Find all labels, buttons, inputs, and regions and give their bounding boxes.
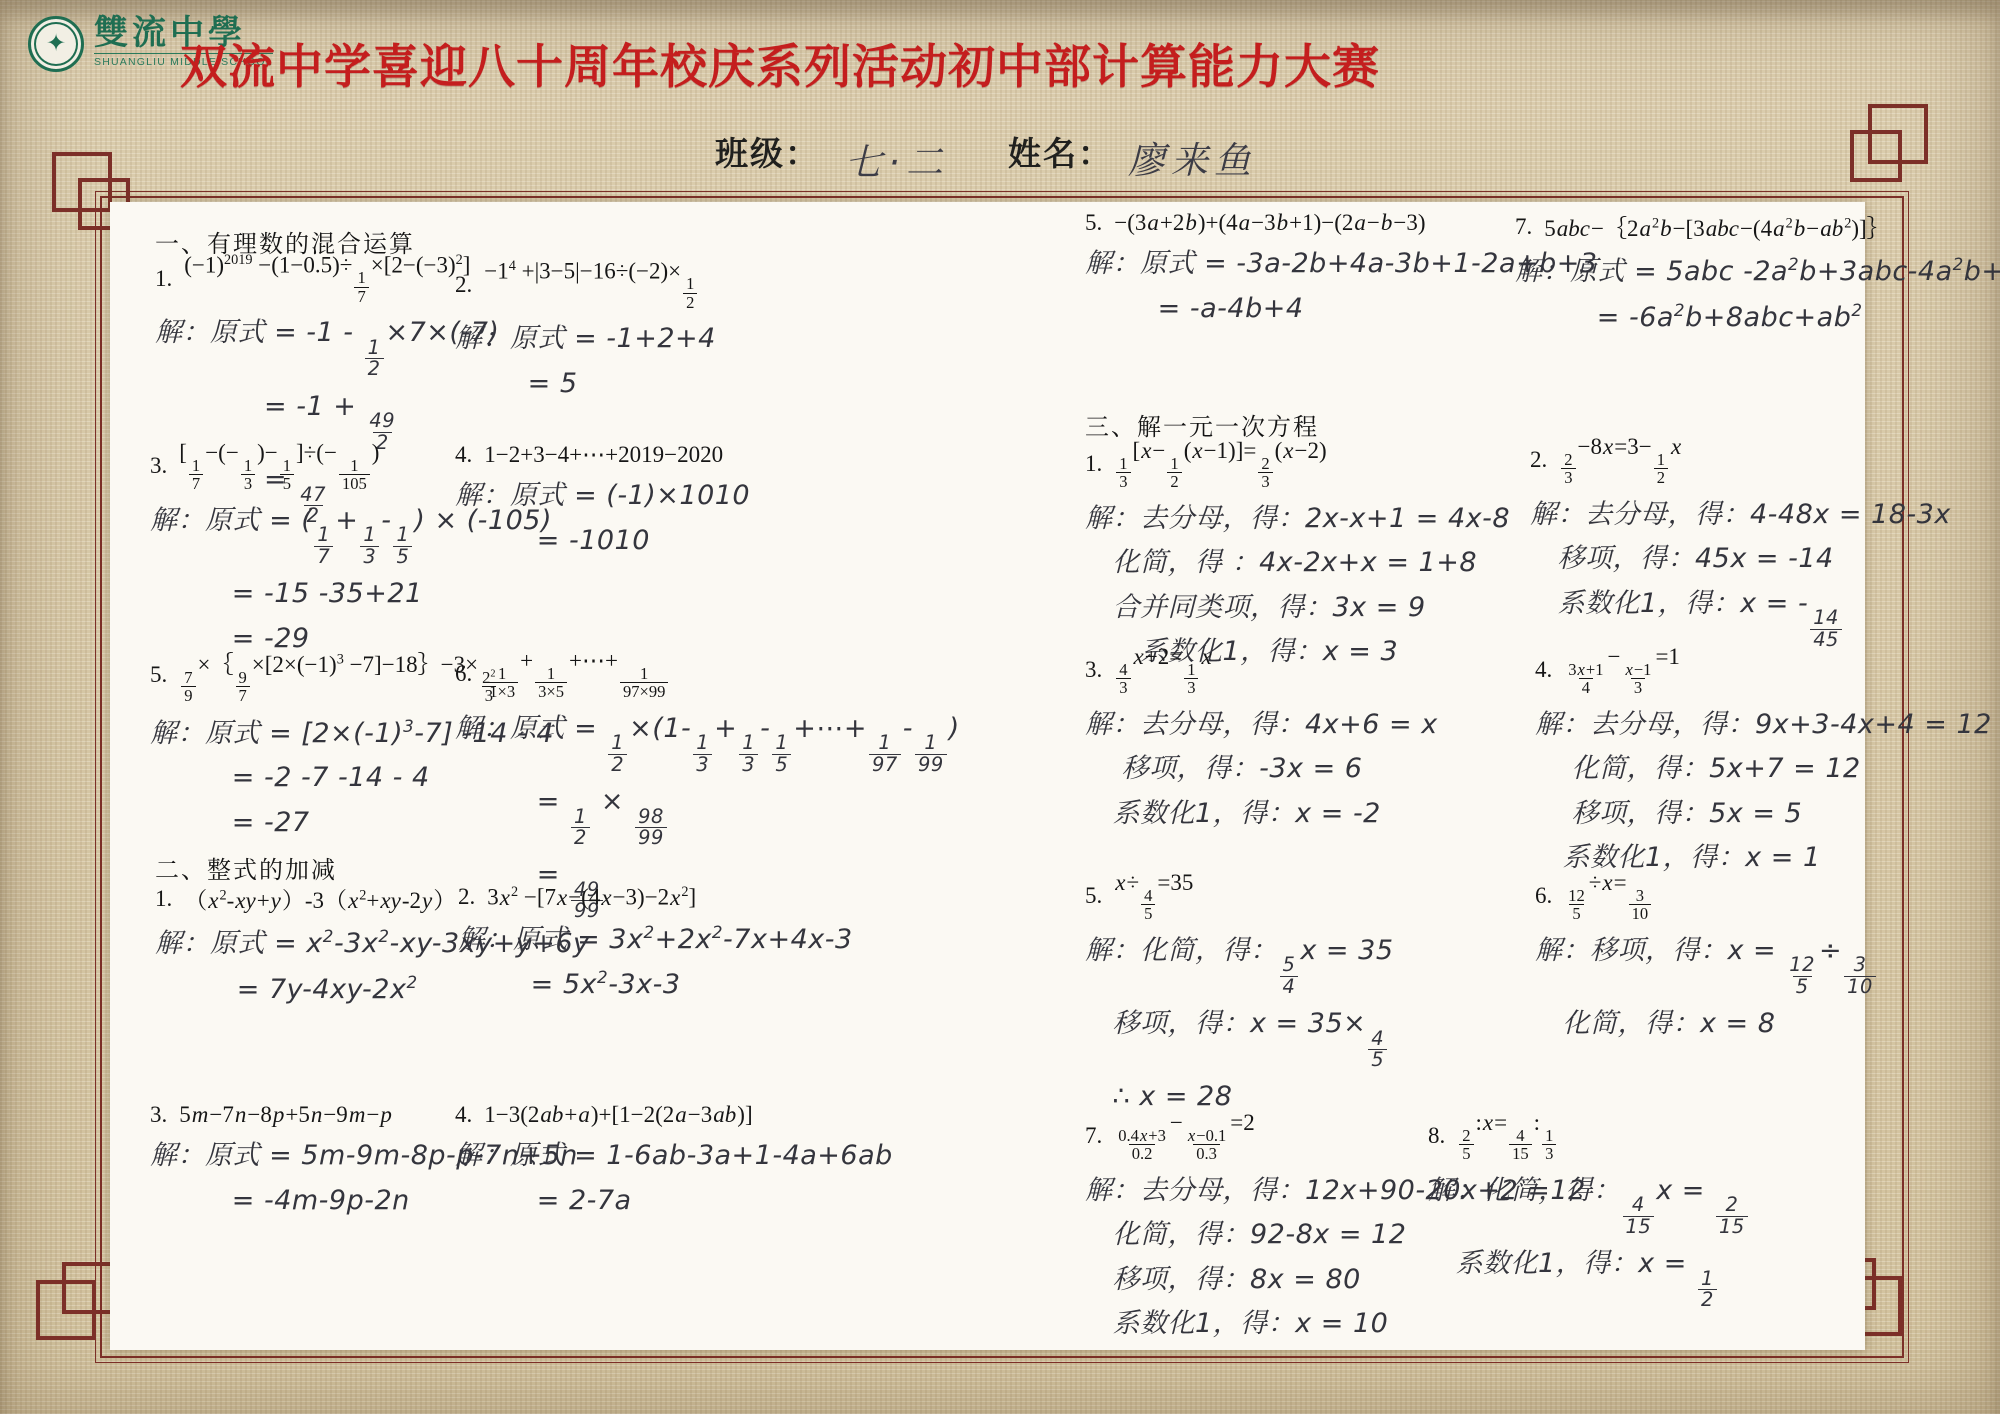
student-info-row: 班级： 七·二 姓名： 廖来鱼 xyxy=(0,128,2000,178)
problem-expression: 25:x=415:13 xyxy=(1457,1110,1558,1163)
fraction: 415 xyxy=(1509,1127,1532,1163)
problem-block: 2.23−8x=3−12x解：去分母，得：4-48x = 18-3x 移项，得：… xyxy=(1530,434,1951,659)
problem-number: 4. xyxy=(455,442,472,468)
handwritten-solution-line: 化简，得：x = 8 xyxy=(1535,1006,1878,1042)
handwritten-solution-line: = -1010 xyxy=(455,523,750,559)
problem-number: 5. xyxy=(150,662,167,688)
handwritten-solution-line: = 2-7a xyxy=(455,1183,893,1219)
handwritten-solution-line: 解：原式 = 5abc -2a2b+3abc-4a2b+ab2 xyxy=(1515,253,2000,290)
problem-expression: 0.4x+30.2−x−0.10.3=2 xyxy=(1114,1110,1255,1163)
fraction: 11×3 xyxy=(486,665,518,701)
fraction: 43 xyxy=(1116,661,1130,697)
handwritten-solution-line: = -15 -35+21 xyxy=(150,576,552,612)
handwritten-solution-line: 化简，得：5x+7 = 12 xyxy=(1535,751,1992,787)
handwritten-solution-line: 系数化1，得：x = -2 xyxy=(1085,796,1438,832)
problem-expression: (−1)2019 −(1−0.5)÷17×[2−(−3)2] xyxy=(184,252,470,305)
problem-statement: 4.3x+14−x−13=1 xyxy=(1535,644,1992,697)
problem-block: 8.25:x=415:13解：化简，得：415x = 215 系数化1，得：x … xyxy=(1428,1110,1750,1319)
fraction: 23 xyxy=(1561,451,1575,487)
name-value-handwritten: 廖来鱼 xyxy=(1128,130,1257,184)
problem-number: 6. xyxy=(455,661,472,687)
section-heading: 二、整式的加减 xyxy=(155,850,337,885)
problem-statement: 2.3x2 −[7x−(4x−3)−2x2] xyxy=(458,884,853,911)
problem-block: 1.13[x−12(x−1)]=23(x−2)解：去分母，得：2x-x+1 = … xyxy=(1085,438,1510,679)
page-title: 双流中学喜迎八十周年校庆系列活动初中部计算能力大赛 xyxy=(180,30,1440,97)
handwritten-solution-line: 解：去分母，得：4x+6 = x xyxy=(1085,707,1438,743)
fraction: 15 xyxy=(280,457,294,493)
fraction: 15 xyxy=(772,733,791,775)
fraction: 17 xyxy=(354,269,368,305)
problem-block: 7.5abc−｛2a2b−[3abc−(4a2b−ab2)]｝解：原式 = 5a… xyxy=(1515,210,2000,344)
fraction: 197×99 xyxy=(620,665,668,701)
fraction: 15 xyxy=(393,525,412,567)
handwritten-solution-line: = 12 × 9899 xyxy=(455,784,960,848)
handwritten-solution-line: 解：去分母，得：9x+3-4x+4 = 12 xyxy=(1535,707,1992,743)
fraction: x−0.10.3 xyxy=(1185,1127,1228,1163)
problem-number: 8. xyxy=(1428,1123,1445,1149)
handwritten-solution-line: 移项，得：45x = -14 xyxy=(1530,541,1951,577)
problem-expression: 5abc−｛2a2b−[3abc−(4a2b−ab2)]｝ xyxy=(1544,210,1889,243)
problem-statement: 1.(−1)2019 −(1−0.5)÷17×[2−(−3)2] xyxy=(155,252,499,305)
problem-block: 4.1−2+3−4+⋯+2019−2020解：原式 = (-1)×1010 = … xyxy=(455,442,750,567)
fraction: 13×5 xyxy=(535,665,567,701)
handwritten-solution-line: 移项，得：5x = 5 xyxy=(1535,796,1992,832)
problem-number: 3. xyxy=(1085,657,1102,683)
handwritten-solution-line: = 5x2-3x-3 xyxy=(458,966,853,1003)
problem-expression: −14 +|3−5|−16÷(−2)×12 xyxy=(484,258,699,311)
problem-statement: 3.43x+2=13x xyxy=(1085,644,1438,697)
fraction: 13 xyxy=(241,457,255,493)
fraction: 13 xyxy=(1184,661,1198,697)
problem-number: 6. xyxy=(1535,883,1552,909)
handwritten-solution-line: 系数化1，得：x = 12 xyxy=(1428,1246,1750,1310)
problem-block: 3.43x+2=13x解：去分母，得：4x+6 = x 移项，得：-3x = 6… xyxy=(1085,644,1438,840)
problem-expression: （x2-xy+y）-3（x2+xy-2y） xyxy=(184,882,456,915)
answer-sheet: 一、有理数的混合运算1.(−1)2019 −(1−0.5)÷17×[2−(−3)… xyxy=(110,202,1865,1350)
fraction: 12 xyxy=(571,807,590,849)
fraction: 45 xyxy=(1141,887,1155,923)
handwritten-solution-line: 移项，得：-3x = 6 xyxy=(1085,751,1438,787)
problem-number: 7. xyxy=(1085,1123,1102,1149)
problem-statement: 4.1−2+3−4+⋯+2019−2020 xyxy=(455,442,750,468)
problem-number: 4. xyxy=(455,1102,472,1128)
problem-statement: 2.−14 +|3−5|−16÷(−2)×12 xyxy=(455,258,716,311)
problem-statement: 4.1−3(2ab+a)+[1−2(2a−3ab)] xyxy=(455,1102,893,1128)
problem-statement: 1.13[x−12(x−1)]=23(x−2) xyxy=(1085,438,1510,491)
fraction: 310 xyxy=(1629,887,1652,923)
handwritten-solution-line: = 5 xyxy=(455,366,716,402)
problem-expression: 125÷x=310 xyxy=(1564,870,1653,923)
problem-expression: 1−2+3−4+⋯+2019−2020 xyxy=(484,442,723,468)
handwritten-solution-line: 解：去分母，得：2x-x+1 = 4x-8 xyxy=(1085,501,1510,537)
name-label: 姓名： xyxy=(1008,128,1113,175)
handwritten-solution-line: 解：原式 = 3x2+2x2-7x+4x-3 xyxy=(458,921,853,958)
problem-number: 2. xyxy=(458,884,475,910)
fraction: 197 xyxy=(869,733,901,775)
fraction: 199 xyxy=(915,733,947,775)
problem-expression: x÷45=35 xyxy=(1114,870,1193,923)
fraction: 1105 xyxy=(339,457,370,493)
fraction: 3x+14 xyxy=(1566,661,1605,697)
problem-block: 4.3x+14−x−13=1解：去分母，得：9x+3-4x+4 = 12 化简，… xyxy=(1535,644,1992,885)
fraction: 17 xyxy=(314,525,333,567)
scanned-worksheet-page: ✦ 雙流中學 SHUANGLIU MIDDLE SCHOOL 双流中学喜迎八十周… xyxy=(0,0,2000,1414)
fraction: 13 xyxy=(1116,455,1130,491)
fraction: 125 xyxy=(1566,887,1587,923)
handwritten-solution-line: 解：原式 = 12×(1-13+13-15+⋯+197-199) xyxy=(455,711,960,775)
problem-expression: 79×｛97×[2×(−1)3 −7]−18｝−3×223 xyxy=(179,646,499,705)
handwritten-solution-line: 解：原式 = -1+2+4 xyxy=(455,321,716,357)
fraction: 13 xyxy=(739,733,758,775)
handwritten-solution-line: = -6a2b+8abc+ab2 xyxy=(1515,299,2000,336)
handwritten-solution-line: 系数化1，得：x = -1445 xyxy=(1530,586,1951,650)
class-label: 班级： xyxy=(715,128,820,175)
problem-number: 3. xyxy=(150,453,167,479)
fraction: 215 xyxy=(1716,1195,1748,1237)
problem-block: 5.x÷45=35解：化简，得：54x = 35 移项，得：x = 35×45 … xyxy=(1085,870,1394,1124)
handwritten-solution-line: 解：去分母，得：4-48x = 18-3x xyxy=(1530,497,1951,533)
problem-statement: 6.11×3+13×5+⋯+197×99 xyxy=(455,648,960,701)
problem-expression: −(3a+2b)+(4a−3b+1)−(2a−b−3) xyxy=(1114,210,1425,236)
problem-block: 2.−14 +|3−5|−16÷(−2)×12解：原式 = -1+2+4 = 5 xyxy=(455,258,716,410)
fraction: 0.4x+30.2 xyxy=(1116,1127,1168,1163)
fraction: 23 xyxy=(1258,455,1272,491)
problem-number: 1. xyxy=(1085,451,1102,477)
fraction: x−13 xyxy=(1622,661,1653,697)
problem-expression: 13[x−12(x−1)]=23(x−2) xyxy=(1114,438,1326,491)
fraction: 12 xyxy=(365,338,384,380)
problem-number: 4. xyxy=(1535,657,1552,683)
fraction: 13 xyxy=(360,525,379,567)
fraction: 12 xyxy=(683,275,697,311)
fraction: 125 xyxy=(1787,955,1817,997)
fraction: 415 xyxy=(1623,1195,1655,1237)
problem-number: 7. xyxy=(1515,214,1532,240)
problem-statement: 7.5abc−｛2a2b−[3abc−(4a2b−ab2)]｝ xyxy=(1515,210,2000,243)
handwritten-solution-line: 合并同类项，得：3x = 9 xyxy=(1085,590,1510,626)
fraction: 45 xyxy=(1368,1029,1387,1071)
fraction: 12 xyxy=(1167,455,1181,491)
fraction: 25 xyxy=(1459,1127,1473,1163)
problem-expression: 11×3+13×5+⋯+197×99 xyxy=(484,648,670,701)
fraction: 12 xyxy=(1654,451,1668,487)
fraction: 12 xyxy=(1698,1269,1717,1311)
fraction: 79 xyxy=(181,669,195,705)
problem-statement: 6.125÷x=310 xyxy=(1535,870,1878,923)
fraction: 97 xyxy=(236,669,250,705)
handwritten-solution-line: 解：化简，得：415x = 215 xyxy=(1428,1173,1750,1237)
problem-expression: 43x+2=13x xyxy=(1114,644,1212,697)
problem-number: 3. xyxy=(150,1102,167,1128)
problem-expression: 1−3(2ab+a)+[1−2(2a−3ab)] xyxy=(484,1102,752,1128)
section-heading: 三、解一元一次方程 xyxy=(1085,407,1319,442)
fraction: 13 xyxy=(693,733,712,775)
problem-block: 6.125÷x=310解：移项，得：x = 125÷310 化简，得：x = 8 xyxy=(1535,870,1878,1051)
problem-statement: 8.25:x=415:13 xyxy=(1428,1110,1750,1163)
school-emblem-icon: ✦ xyxy=(28,16,84,72)
fraction: 9899 xyxy=(635,807,667,849)
fraction: 17 xyxy=(189,457,203,493)
problem-expression: 23−8x=3−12x xyxy=(1559,434,1682,487)
handwritten-solution-line: 解：原式 = 1-6ab-3a+1-4a+6ab xyxy=(455,1138,893,1174)
handwritten-solution-line: 移项，得：x = 35×45 xyxy=(1085,1006,1394,1070)
problem-number: 2. xyxy=(1530,447,1547,473)
problem-statement: 2.23−8x=3−12x xyxy=(1530,434,1951,487)
handwritten-solution-line: 解：移项，得：x = 125÷310 xyxy=(1535,933,1878,997)
fraction: 12 xyxy=(608,733,627,775)
fraction: 13 xyxy=(1542,1127,1556,1163)
problem-block: 2.3x2 −[7x−(4x−3)−2x2]解：原式 = 3x2+2x2-7x+… xyxy=(458,884,853,1012)
handwritten-solution-line: 解：原式 = (-1)×1010 xyxy=(455,478,750,514)
problem-number: 1. xyxy=(155,886,172,912)
problem-number: 2. xyxy=(455,272,472,298)
class-value-handwritten: 七·二 xyxy=(845,132,949,186)
fraction: 54 xyxy=(1280,955,1299,997)
problem-number: 5. xyxy=(1085,210,1102,236)
fraction: 310 xyxy=(1844,955,1876,997)
handwritten-solution-line: 化简，得 ：4x-2x+x = 1+8 xyxy=(1085,545,1510,581)
problem-expression: [17−(−13)−15]÷(−1105) xyxy=(179,440,379,493)
problem-expression: 3x2 −[7x−(4x−3)−2x2] xyxy=(487,884,696,911)
problem-expression: 3x+14−x−13=1 xyxy=(1564,644,1680,697)
problem-block: 4.1−3(2ab+a)+[1−2(2a−3ab)]解：原式 = 1-6ab-3… xyxy=(455,1102,893,1227)
problem-statement: 5.x÷45=35 xyxy=(1085,870,1394,923)
problem-expression: 5m−7n−8p+5n−9m−p xyxy=(179,1102,393,1128)
handwritten-solution-line: 解：原式 = -1 - 12×7×(-7) xyxy=(155,315,499,379)
problem-number: 1. xyxy=(155,266,172,292)
handwritten-solution-line: 解：化简，得：54x = 35 xyxy=(1085,933,1394,997)
problem-number: 5. xyxy=(1085,883,1102,909)
